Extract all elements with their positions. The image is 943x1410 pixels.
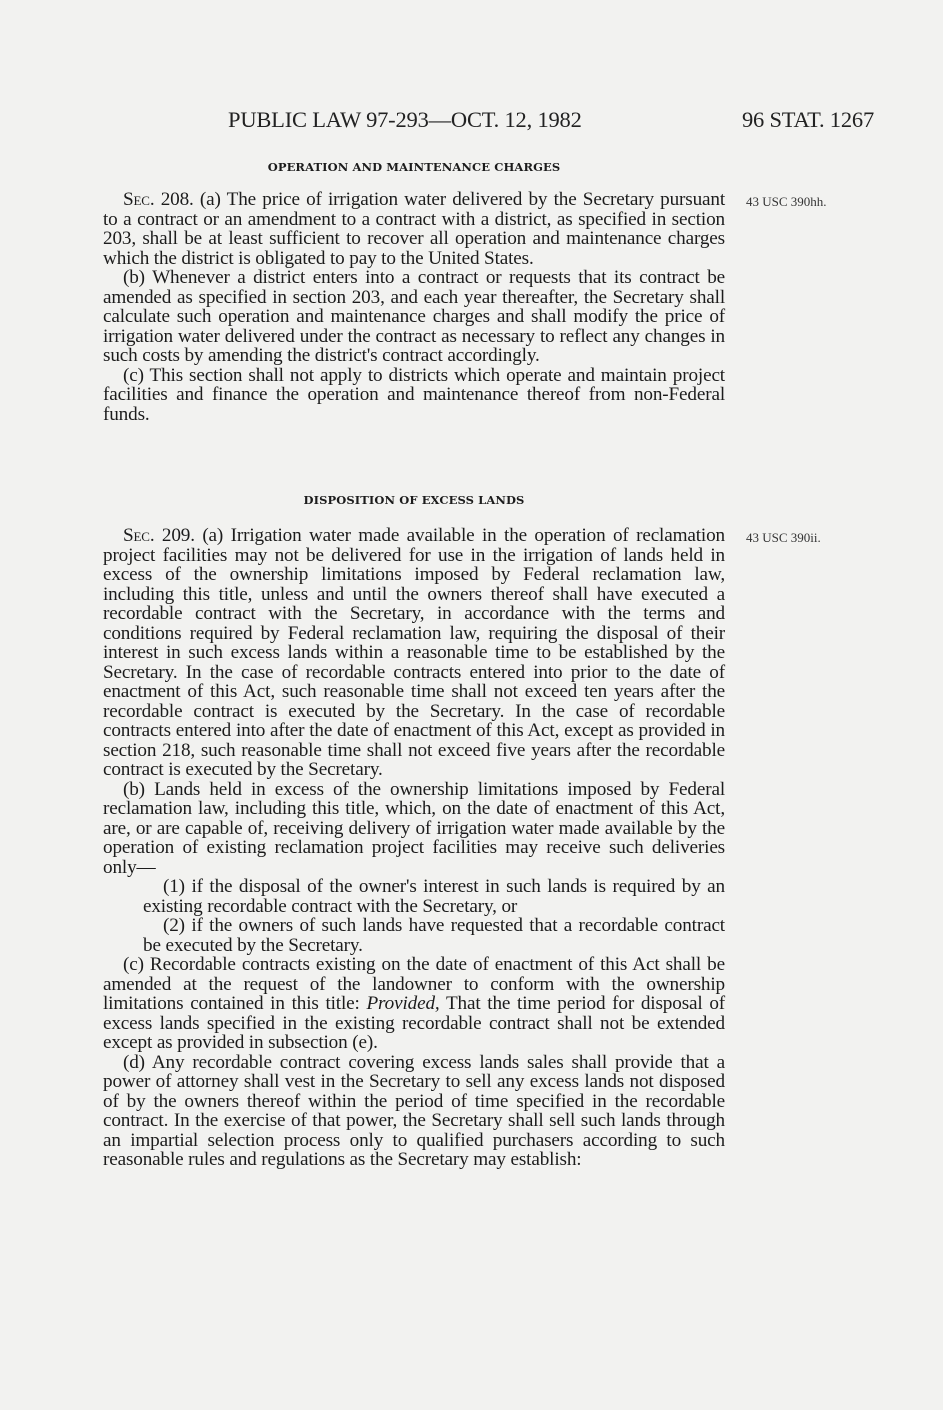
section-208-c: (c) This section shall not apply to dist… <box>103 366 725 425</box>
document-page: PUBLIC LAW 97-293—OCT. 12, 1982 96 STAT.… <box>0 0 943 1410</box>
section-heading-208: OPERATION AND MAINTENANCE CHARGES <box>103 160 725 174</box>
section-209-a: Sec. 209. (a) Irrigation water made avai… <box>103 526 725 780</box>
margin-note-209: 43 USC 390ii. <box>746 530 821 546</box>
sec-label: Sec <box>123 189 150 210</box>
margin-note-208: 43 USC 390hh. <box>746 194 827 210</box>
section-209-d: (d) Any recordable contract covering exc… <box>103 1053 725 1170</box>
section-209-b-2: (2) if the owners of such lands have req… <box>103 916 725 955</box>
sec-label: Sec <box>123 525 150 546</box>
running-title: PUBLIC LAW 97-293—OCT. 12, 1982 <box>228 107 582 133</box>
section-209-b-1: (1) if the disposal of the owner's inter… <box>103 877 725 916</box>
section-209-b: (b) Lands held in excess of the ownershi… <box>103 780 725 878</box>
section-209-c: (c) Recordable contracts existing on the… <box>103 955 725 1053</box>
section-heading-209: DISPOSITION OF EXCESS LANDS <box>103 493 725 507</box>
section-208-a: Sec. 208. (a) The price of irrigation wa… <box>103 190 725 268</box>
section-208: Sec. 208. (a) The price of irrigation wa… <box>103 190 725 424</box>
section-209: Sec. 209. (a) Irrigation water made avai… <box>103 526 725 1170</box>
section-208-b: (b) Whenever a district enters into a co… <box>103 268 725 366</box>
statute-page-number: 96 STAT. 1267 <box>742 107 874 133</box>
proviso: Provided, <box>366 993 439 1014</box>
page-header: PUBLIC LAW 97-293—OCT. 12, 1982 96 STAT.… <box>228 107 874 133</box>
